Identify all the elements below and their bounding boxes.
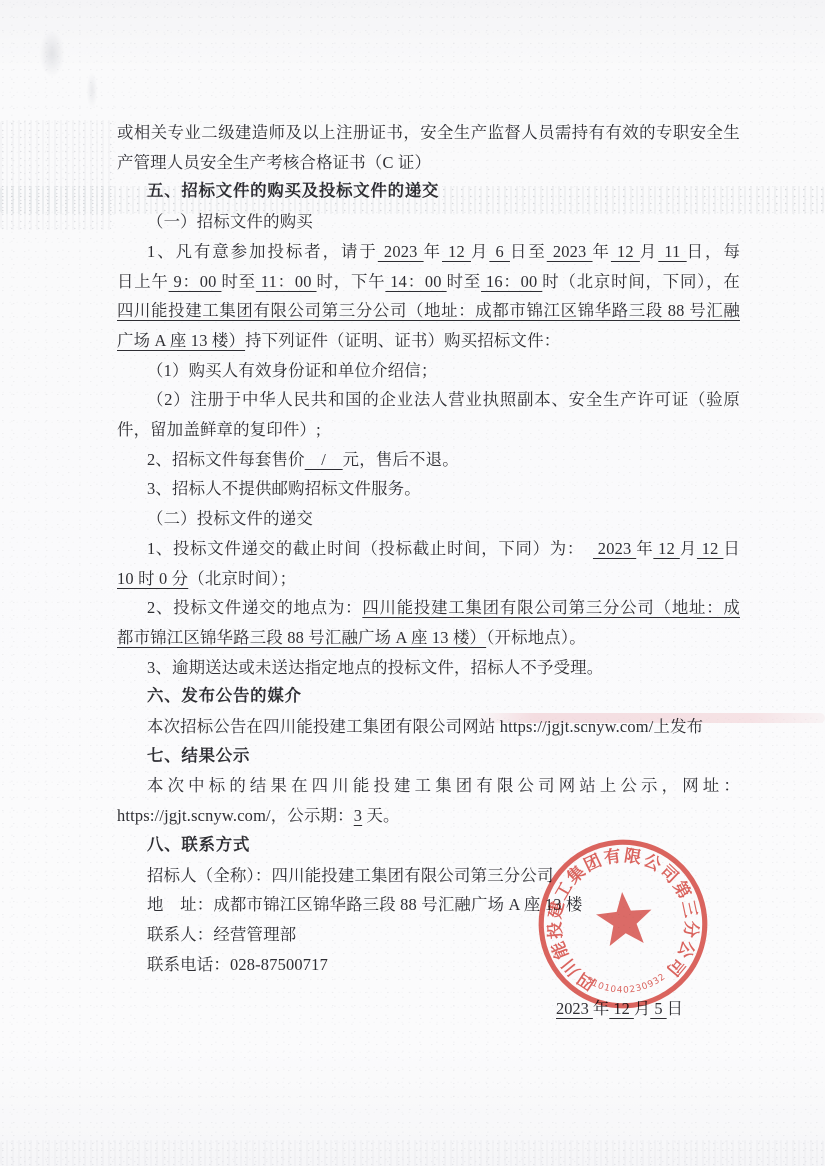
text-segment: 1、凡有意参加投标者，请于 (147, 242, 378, 261)
text-segment: 3、逾期送达或未送达指定地点的投标文件，招标人不予受理。 (147, 658, 603, 677)
text-segment: 日 (667, 999, 683, 1018)
underlined-text: / (305, 450, 343, 469)
underlined-text: 6 (489, 242, 510, 261)
text-line: 日上午 9：00 时至 11：00 时，下午 14：00 时至 16：00 时（… (117, 267, 740, 297)
text-line: 1、凡有意参加投标者，请于 2023 年 12 月 6 日至 2023 年 12… (117, 237, 740, 267)
text-segment: （2）注册于中华人民共和国的企业法人营业执照副本、安全生产许可证（验原 (147, 390, 740, 409)
underlined-text: 12 (609, 999, 634, 1018)
text-segment: 招标人（全称）：四川能投建工集团有限公司第三分公司 (147, 866, 554, 885)
underlined-text: 12 (697, 539, 723, 558)
text-segment: 本次招标公告在四川能投建工集团有限公司网站 https://jgjt.scnyw… (147, 717, 703, 736)
text-line: 六、发布公告的媒介 (117, 682, 740, 712)
text-segment: 月 (680, 539, 697, 558)
text-line: 四川能投建工集团有限公司第三分公司（地址：成都市锦江区锦华路三段 88 号汇融 (117, 296, 740, 326)
text-segment: （二）投标文件的递交 (147, 509, 313, 528)
text-line: https://jgjt.scnyw.com/，公示期：3 天。 (117, 801, 740, 831)
text-segment: 1、投标文件递交的截止时间（投标截止时间，下同）为： (147, 539, 576, 558)
text-segment: （北京时间）； (188, 569, 296, 588)
text-line: 1、投标文件递交的截止时间（投标截止时间，下同）为： 2023 年 12 月 1… (117, 534, 740, 564)
text-segment: 七、结果公示 (147, 747, 250, 765)
text-segment: （1）购买人有效身份证和单位介绍信； (147, 361, 437, 380)
underlined-text: 2023 (378, 242, 424, 261)
underlined-text: 3 (354, 806, 362, 825)
text-line: （一）招标文件的购买 (117, 207, 740, 237)
underlined-text: 2023 (556, 999, 593, 1018)
text-segment: 时至 (447, 272, 481, 291)
text-segment: 日，每 (687, 242, 740, 261)
underlined-text: 9：00 (169, 272, 222, 291)
scan-noise-band (0, 1140, 825, 1166)
text-segment: 时至 (221, 272, 255, 291)
underlined-text: 12 (653, 539, 679, 558)
text-segment: （一）招标文件的购买 (147, 212, 313, 231)
text-segment: 月 (471, 242, 489, 261)
text-line: 都市锦江区锦华路三段 88 号汇融广场 A 座 13 楼）（开标地点）。 (117, 623, 740, 653)
text-segment: 八、联系方式 (147, 836, 250, 854)
text-segment: 3、招标人不提供邮购招标文件服务。 (147, 479, 421, 498)
text-segment: 2、招标文件每套售价 (147, 450, 305, 469)
date-line: 2023 年 12 月 5 日 (556, 994, 776, 1024)
text-segment: 年 (593, 242, 611, 261)
text-segment: 日上午 (117, 272, 169, 291)
text-line: （二）投标文件的递交 (117, 504, 740, 534)
text-line: 产管理人员安全生产考核合格证书（C 证） (117, 148, 740, 178)
text-segment: 本次中标的结果在四川能投建工集团有限公司网站上公示，网址： (147, 776, 740, 795)
text-segment: 时（北京时间，下同），在 (542, 272, 740, 291)
underlined-text: 四川能投建工集团有限公司第三分公司（地址：成 (362, 598, 740, 617)
text-segment: 五、招标文件的购买及投标文件的递交 (147, 182, 439, 200)
text-line: 2、招标文件每套售价 / 元，售后不退。 (117, 445, 740, 475)
text-line: 3、招标人不提供邮购招标文件服务。 (117, 474, 740, 504)
text-segment: 日 (723, 539, 740, 558)
underlined-text: 四川能投建工集团有限公司第三分公司（地址：成都市锦江区锦华路三段 88 号汇融 (117, 301, 740, 320)
text-line: 本次中标的结果在四川能投建工集团有限公司网站上公示，网址： (117, 771, 740, 801)
text-line: 2、投标文件递交的地点为：四川能投建工集团有限公司第三分公司（地址：成 (117, 593, 740, 623)
scan-noise-band (0, 120, 112, 230)
text-line: 3、逾期送达或未送达指定地点的投标文件，招标人不予受理。 (117, 653, 740, 683)
underlined-text: 2023 (547, 242, 593, 261)
text-segment: 月 (640, 242, 658, 261)
text-segment: 天。 (362, 806, 399, 825)
scan-smudge (22, 26, 122, 118)
text-line: 招标人（全称）：四川能投建工集团有限公司第三分公司 (117, 861, 740, 891)
text-segment: 月 (634, 999, 650, 1018)
underlined-text: 12 (611, 242, 640, 261)
text-line: 件，留加盖鲜章的复印件）; (117, 415, 740, 445)
text-segment: 时，下午 (317, 272, 386, 291)
text-segment: 年 (636, 539, 653, 558)
text-segment: （开标地点）。 (486, 628, 586, 647)
text-segment: 日至 (510, 242, 547, 261)
underlined-text: 11 (658, 242, 686, 261)
text-segment: 年 (424, 242, 442, 261)
text-line: 2023 年 12 月 5 日 (556, 994, 776, 1024)
text-line: 广场 A 座 13 楼）持下列证件（证明、证书）购买招标文件： (117, 326, 740, 356)
underlined-text: 都市锦江区锦华路三段 88 号汇融广场 A 座 13 楼） (117, 628, 486, 647)
text-line: 10 时 0 分（北京时间）； (117, 564, 740, 594)
underlined-text: 2023 (593, 539, 636, 558)
text-segment: 件，留加盖鲜章的复印件）; (117, 420, 321, 439)
text-segment: 联系电话：028-87500717 (147, 955, 328, 974)
text-line: 五、招标文件的购买及投标文件的递交 (117, 177, 740, 207)
text-segment: 地 址：成都市锦江区锦华路三段 88 号汇融广场 A 座 13 楼 (147, 895, 583, 914)
text-segment: 年 (593, 999, 609, 1018)
document-body: 或相关专业二级建造师及以上注册证书，安全生产监督人员需持有有效的专职安全生产管理… (117, 118, 740, 979)
text-line: 八、联系方式 (117, 831, 740, 861)
text-line: 或相关专业二级建造师及以上注册证书，安全生产监督人员需持有有效的专职安全生 (117, 118, 740, 148)
text-line: 本次招标公告在四川能投建工集团有限公司网站 https://jgjt.scnyw… (117, 712, 740, 742)
text-segment: 产管理人员安全生产考核合格证书（C 证） (117, 153, 431, 172)
text-segment: https://jgjt.scnyw.com/，公示期： (117, 806, 354, 825)
text-segment: 或相关专业二级建造师及以上注册证书，安全生产监督人员需持有有效的专职安全生 (117, 123, 740, 142)
text-segment: 联系人：经营管理部 (147, 925, 296, 944)
text-line: 七、结果公示 (117, 742, 740, 772)
text-line: （2）注册于中华人民共和国的企业法人营业执照副本、安全生产许可证（验原 (117, 385, 740, 415)
underlined-text: 广场 A 座 13 楼） (117, 331, 245, 350)
text-line: （1）购买人有效身份证和单位介绍信； (117, 356, 740, 386)
text-segment (576, 539, 593, 558)
underlined-text: 16：00 (481, 272, 542, 291)
text-segment: 持下列证件（证明、证书）购买招标文件： (245, 331, 560, 350)
underlined-text: 14：00 (385, 272, 446, 291)
text-segment: 六、发布公告的媒介 (147, 687, 302, 705)
text-line: 地 址：成都市锦江区锦华路三段 88 号汇融广场 A 座 13 楼 (117, 890, 740, 920)
underlined-text: 12 (442, 242, 471, 261)
scanned-page: 或相关专业二级建造师及以上注册证书，安全生产监督人员需持有有效的专职安全生产管理… (0, 0, 825, 1166)
text-segment: 2、投标文件递交的地点为： (147, 598, 362, 617)
text-line: 联系人：经营管理部 (117, 920, 740, 950)
underlined-text: 10 时 0 分 (117, 569, 188, 588)
text-segment: 元，售后不退。 (343, 450, 459, 469)
underlined-text: 5 (650, 999, 666, 1018)
text-line: 联系电话：028-87500717 (117, 950, 740, 980)
underlined-text: 11：00 (256, 272, 317, 291)
